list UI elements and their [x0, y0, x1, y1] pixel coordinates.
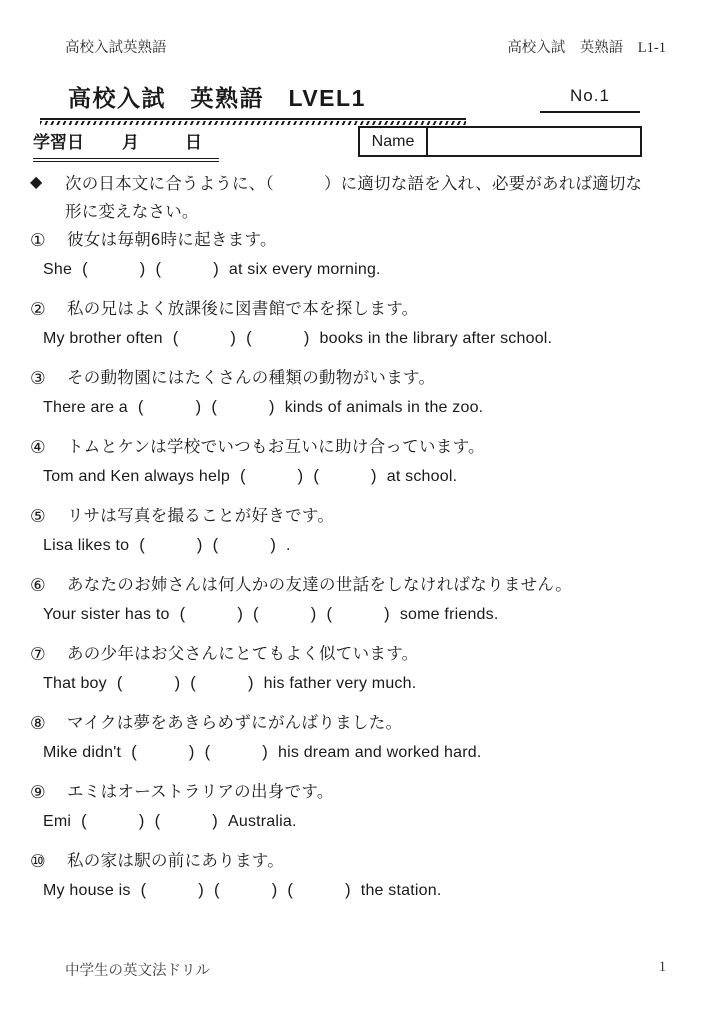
answer-blank: () [246, 327, 309, 349]
answer-blank: () [287, 879, 350, 901]
sheet-number: No.1 [540, 86, 640, 113]
english-text-segment: There are a [43, 397, 128, 419]
answer-blank: () [214, 879, 277, 901]
question-japanese-line: ③ その動物園にはたくさんの種類の動物がいます。 [30, 367, 710, 389]
question-english-line: She()()at six every morning. [43, 258, 710, 281]
question-english-line: That boy()()his father very much. [43, 672, 710, 695]
question-japanese-line: ⑨ エミはオーストラリアの出身です。 [30, 781, 710, 803]
answer-blank: () [190, 672, 253, 694]
study-date-month-label: 月 [122, 133, 139, 152]
answer-blank: () [131, 741, 194, 763]
english-text-segment: She [43, 259, 72, 281]
question-number: ⑤ [30, 505, 67, 527]
english-text-segment: Emi [43, 811, 71, 833]
english-text-segment: Mike didn't [43, 742, 121, 764]
english-text-segment: kinds of animals in the zoo. [285, 397, 484, 419]
question-japanese-text: リサは写真を撮ることが好きです。 [67, 505, 334, 527]
english-text-segment: the station. [361, 880, 442, 902]
english-text-segment: . [286, 535, 291, 557]
question-number: ⑥ [30, 574, 67, 596]
question-japanese-line: ② 私の兄はよく放課後に図書館で本を探します。 [30, 298, 710, 320]
question-english-line: Your sister has to()()()some friends. [43, 603, 710, 626]
answer-blank: () [82, 258, 145, 280]
study-date-label: 学習日 [33, 133, 84, 152]
question-japanese-line: ⑥ あなたのお姉さんは何人かの友達の世話をしなければなりません。 [30, 574, 710, 596]
english-text-segment: Lisa likes to [43, 535, 129, 557]
question-number: ① [30, 229, 67, 251]
english-text-segment: That boy [43, 673, 107, 695]
footer-series-title: 中学生の英文法ドリル [65, 959, 210, 980]
answer-blank: () [173, 327, 236, 349]
question-item: ⑥ あなたのお姉さんは何人かの友達の世話をしなければなりません。 Your si… [30, 574, 710, 626]
question-japanese-line: ⑦ あの少年はお父さんにとてもよく似ています。 [30, 643, 710, 665]
question-english-line: My brother often()()books in the library… [43, 327, 710, 350]
page-footer: 中学生の英文法ドリル 1 [65, 959, 666, 980]
english-text-segment: his father very much. [264, 673, 417, 695]
title-underline-hatch [40, 121, 466, 125]
question-english-line: Emi()()Australia. [43, 810, 710, 833]
question-item: ② 私の兄はよく放課後に図書館で本を探します。 My brother often… [30, 298, 710, 350]
question-japanese-text: エミはオーストラリアの出身です。 [67, 781, 334, 803]
name-box: Name [358, 126, 642, 157]
english-text-segment: Tom and Ken always help [43, 466, 230, 488]
question-number: ③ [30, 367, 67, 389]
answer-blank: () [253, 603, 316, 625]
running-header: 高校入試英熟語 高校入試 英熟語 L1-1 [65, 36, 666, 57]
question-english-line: Mike didn't()()his dream and worked hard… [43, 741, 710, 764]
answer-blank: () [141, 879, 204, 901]
question-japanese-text: 彼女は毎朝6時に起きます。 [67, 229, 277, 251]
english-text-segment: at six every morning. [229, 259, 381, 281]
question-item: ⑩ 私の家は駅の前にあります。 My house is()()()the sta… [30, 850, 710, 902]
english-text-segment: My brother often [43, 328, 163, 350]
question-english-line: There are a()()kinds of animals in the z… [43, 396, 710, 419]
english-text-segment: at school. [387, 466, 457, 488]
diamond-bullet-icon: ◆ [30, 170, 65, 192]
question-japanese-line: ④ トムとケンは学校でいつもお互いに助け合っています。 [30, 436, 710, 458]
answer-blank: () [240, 465, 303, 487]
question-number: ④ [30, 436, 67, 458]
answer-blank: () [180, 603, 243, 625]
header-right-text: 高校入試 英熟語 L1-1 [507, 36, 666, 57]
answer-blank: () [211, 396, 274, 418]
study-date-row: 学習日月日 [33, 128, 219, 162]
title-block: 高校入試 英熟語 LVEL1 [40, 80, 466, 125]
answer-blank: () [326, 603, 389, 625]
question-number: ⑩ [30, 850, 67, 872]
question-item: ⑧ マイクは夢をあきらめずにがんばりました。 Mike didn't()()hi… [30, 712, 710, 764]
worksheet-page: 高校入試英熟語 高校入試 英熟語 L1-1 高校入試 英熟語 LVEL1 No.… [0, 0, 724, 1024]
question-item: ① 彼女は毎朝6時に起きます。 She()()at six every morn… [30, 229, 710, 281]
question-english-line: Lisa likes to()(). [43, 534, 710, 557]
english-text-segment: Australia. [228, 811, 297, 833]
instruction: ◆ 次の日本文に合うように、（ ）に適切な語を入れ、必要があれば適切な 形に変え… [30, 170, 698, 226]
answer-blank: () [313, 465, 376, 487]
answer-blank: () [213, 534, 276, 556]
answer-blank: () [205, 741, 268, 763]
answer-blank: () [81, 810, 144, 832]
answer-blank: () [155, 810, 218, 832]
question-item: ③ その動物園にはたくさんの種類の動物がいます。 There are a()()… [30, 367, 710, 419]
name-label: Name [360, 128, 428, 155]
answer-blank: () [117, 672, 180, 694]
question-number: ② [30, 298, 67, 320]
question-japanese-line: ⑩ 私の家は駅の前にあります。 [30, 850, 710, 872]
english-text-segment: his dream and worked hard. [278, 742, 482, 764]
question-japanese-text: トムとケンは学校でいつもお互いに助け合っています。 [67, 436, 485, 458]
question-japanese-text: 私の兄はよく放課後に図書館で本を探します。 [67, 298, 418, 320]
question-english-line: Tom and Ken always help()()at school. [43, 465, 710, 488]
answer-blank: () [155, 258, 218, 280]
english-text-segment: Your sister has to [43, 604, 170, 626]
page-title: 高校入試 英熟語 LVEL1 [40, 80, 466, 120]
instruction-line-2: 形に変えなさい。 [65, 198, 642, 226]
header-left-text: 高校入試英熟語 [65, 36, 167, 57]
question-japanese-line: ⑧ マイクは夢をあきらめずにがんばりました。 [30, 712, 710, 734]
english-text-segment: books in the library after school. [320, 328, 553, 350]
question-japanese-line: ⑤ リサは写真を撮ることが好きです。 [30, 505, 710, 527]
question-item: ⑦ あの少年はお父さんにとてもよく似ています。 That boy()()his … [30, 643, 710, 695]
question-item: ④ トムとケンは学校でいつもお互いに助け合っています。 Tom and Ken … [30, 436, 710, 488]
english-text-segment: some friends. [400, 604, 499, 626]
question-japanese-text: その動物園にはたくさんの種類の動物がいます。 [67, 367, 435, 389]
question-number: ⑨ [30, 781, 67, 803]
english-text-segment: My house is [43, 880, 131, 902]
question-number: ⑦ [30, 643, 67, 665]
question-japanese-text: マイクは夢をあきらめずにがんばりました。 [67, 712, 402, 734]
name-entry-area [428, 128, 640, 155]
question-japanese-line: ① 彼女は毎朝6時に起きます。 [30, 229, 710, 251]
question-number: ⑧ [30, 712, 67, 734]
instruction-text: 次の日本文に合うように、（ ）に適切な語を入れ、必要があれば適切な 形に変えなさ… [65, 170, 642, 226]
question-item: ⑨ エミはオーストラリアの出身です。 Emi()()Australia. [30, 781, 710, 833]
instruction-line-1: 次の日本文に合うように、（ ）に適切な語を入れ、必要があれば適切な [65, 170, 642, 198]
question-english-line: My house is()()()the station. [43, 879, 710, 902]
answer-blank: () [139, 534, 202, 556]
question-list: ① 彼女は毎朝6時に起きます。 She()()at six every morn… [30, 229, 710, 919]
page-number: 1 [659, 959, 666, 980]
question-japanese-text: あなたのお姉さんは何人かの友達の世話をしなければなりません。 [67, 574, 572, 596]
question-item: ⑤ リサは写真を撮ることが好きです。 Lisa likes to()(). [30, 505, 710, 557]
question-japanese-text: 私の家は駅の前にあります。 [67, 850, 284, 872]
study-date-day-label: 日 [185, 133, 202, 152]
answer-blank: () [138, 396, 201, 418]
question-japanese-text: あの少年はお父さんにとてもよく似ています。 [67, 643, 418, 665]
